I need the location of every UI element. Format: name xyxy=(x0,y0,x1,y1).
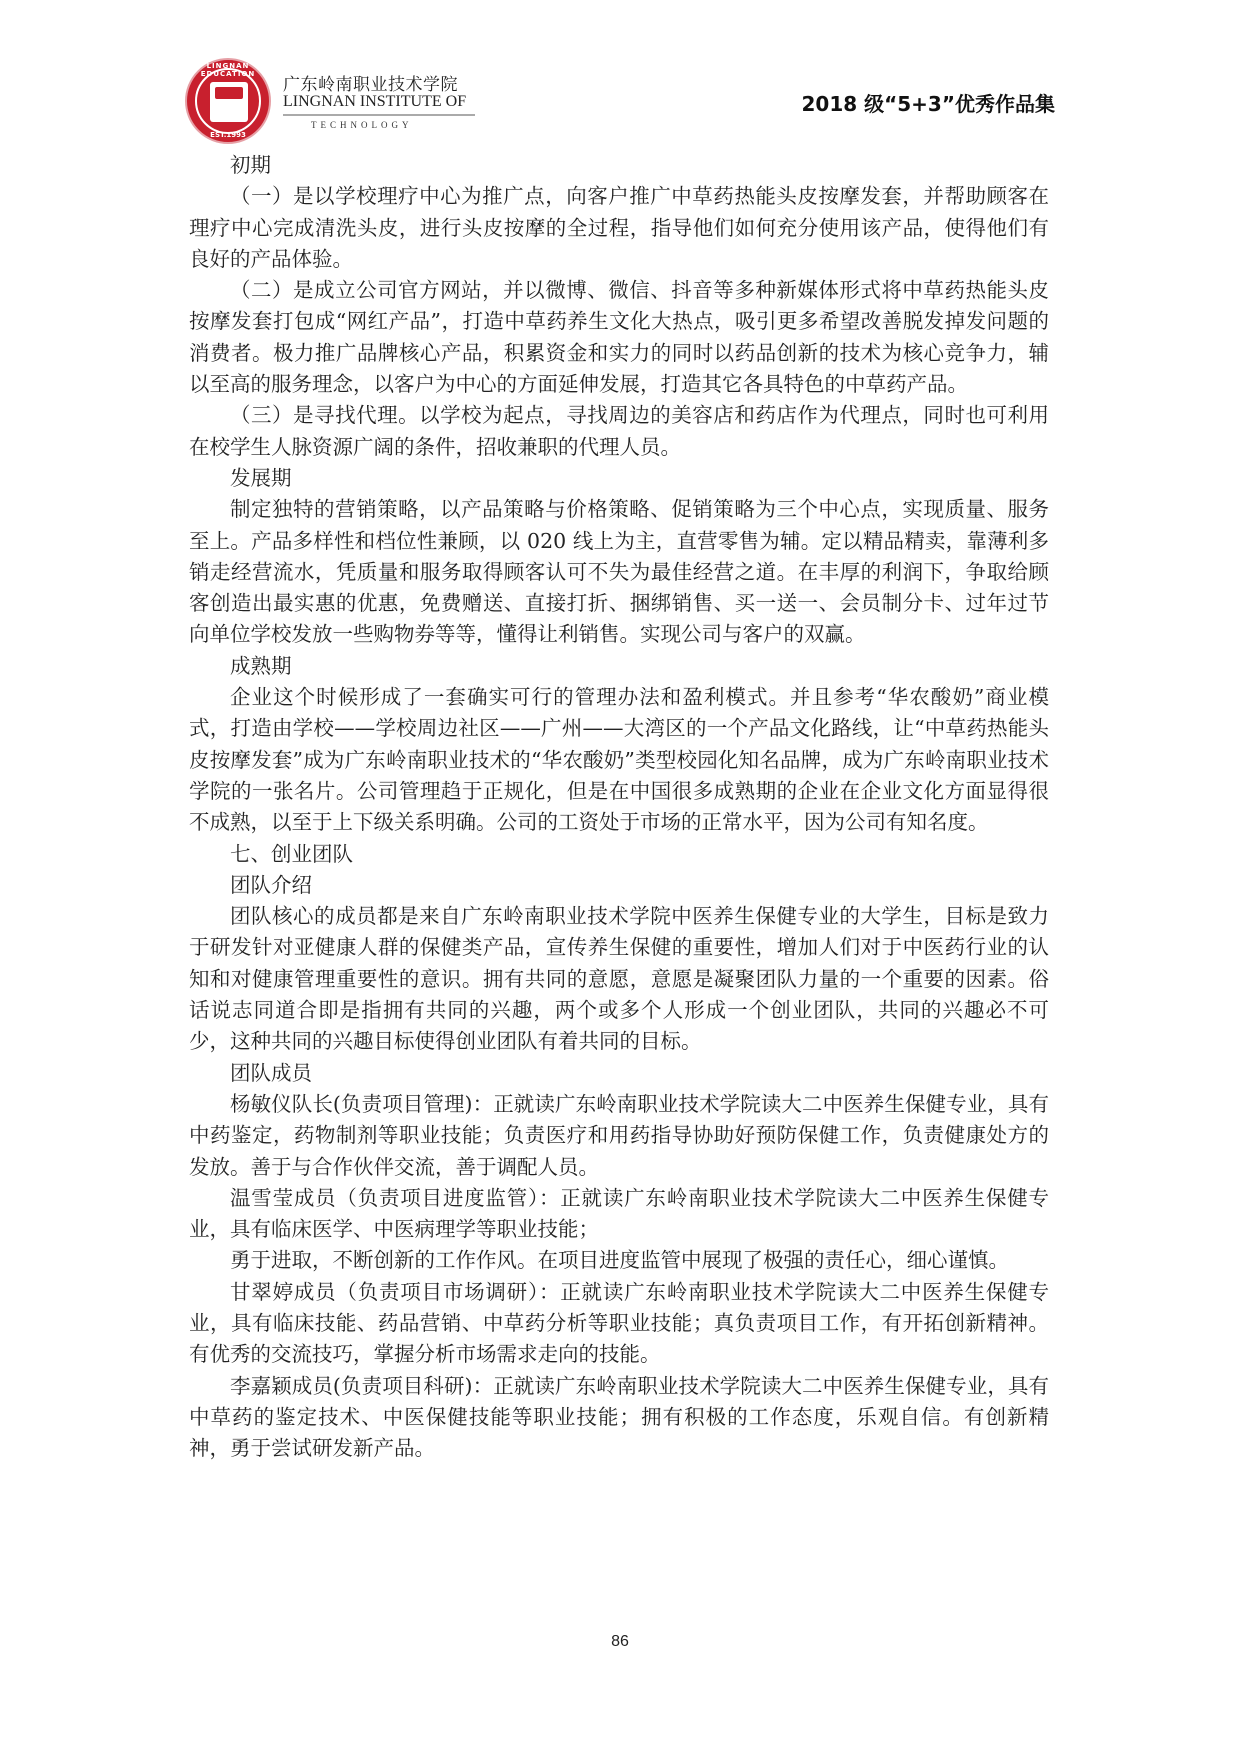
logo-shield-icon xyxy=(215,87,243,99)
paragraph: 团队核心的成员都是来自广东岭南职业技术学院中医养生保健专业的大学生，目标是致力于… xyxy=(189,901,1049,1057)
logo-emblem xyxy=(210,82,248,122)
paragraph: 制定独特的营销策略，以产品策略与价格策略、促销策略为三个中心点，实现质量、服务至… xyxy=(189,494,1049,650)
document-body: 初期 （一）是以学校理疗中心为推广点，向客户推广中草药热能头皮按摩发套，并帮助顾… xyxy=(189,150,1049,1464)
header-divider xyxy=(283,114,475,116)
member-paragraph: 李嘉颖成员(负责项目科研)：正就读广东岭南职业技术学院读大二中医养生保健专业，具… xyxy=(189,1371,1049,1465)
heading-team-intro: 团队介绍 xyxy=(189,870,1049,901)
school-name-en-line2: TECHNOLOGY xyxy=(311,120,413,130)
member-paragraph: 甘翠婷成员（负责项目市场调研）：正就读广东岭南职业技术学院读大二中医养生保健专业… xyxy=(189,1277,1049,1371)
logo-bottom-text: EST.1993 xyxy=(187,131,269,139)
member-paragraph: 温雪莹成员（负责项目进度监管）：正就读广东岭南职业技术学院读大二中医养生保健专业… xyxy=(189,1183,1049,1246)
paragraph: （二）是成立公司官方网站，并以微博、微信、抖音等多种新媒体形式将中草药热能头皮按… xyxy=(189,275,1049,400)
collection-title: 2018 级“5+3”优秀作品集 xyxy=(801,88,1055,117)
paragraph: （一）是以学校理疗中心为推广点，向客户推广中草药热能头皮按摩发套，并帮助顾客在理… xyxy=(189,181,1049,275)
heading-initial-stage: 初期 xyxy=(189,150,1049,181)
member-paragraph: 杨敏仪队长(负责项目管理)：正就读广东岭南职业技术学院读大二中医养生保健专业，具… xyxy=(189,1089,1049,1183)
paragraph: 企业这个时候形成了一套确实可行的管理办法和盈利模式。并且参考“华农酸奶”商业模式… xyxy=(189,682,1049,838)
school-name-en: LINGNAN INSTITUTE OF xyxy=(283,93,466,111)
school-logo-icon: LINGNAN EDUCATION EST.1993 xyxy=(185,58,271,144)
school-name-cn: 广东岭南职业技术学院 xyxy=(283,70,458,95)
heading-development-stage: 发展期 xyxy=(189,463,1049,494)
heading-mature-stage: 成熟期 xyxy=(189,651,1049,682)
page-number: 86 xyxy=(0,1633,1240,1651)
page-header: LINGNAN EDUCATION EST.1993 广东岭南职业技术学院 LI… xyxy=(185,58,1055,158)
heading-team-members: 团队成员 xyxy=(189,1058,1049,1089)
section-heading-team: 七、创业团队 xyxy=(189,839,1049,870)
paragraph: （三）是寻找代理。以学校为起点，寻找周边的美容店和药店作为代理点，同时也可利用在… xyxy=(189,400,1049,463)
paragraph: 勇于进取，不断创新的工作作风。在项目进度监管中展现了极强的责任心，细心谨慎。 xyxy=(189,1245,1049,1276)
